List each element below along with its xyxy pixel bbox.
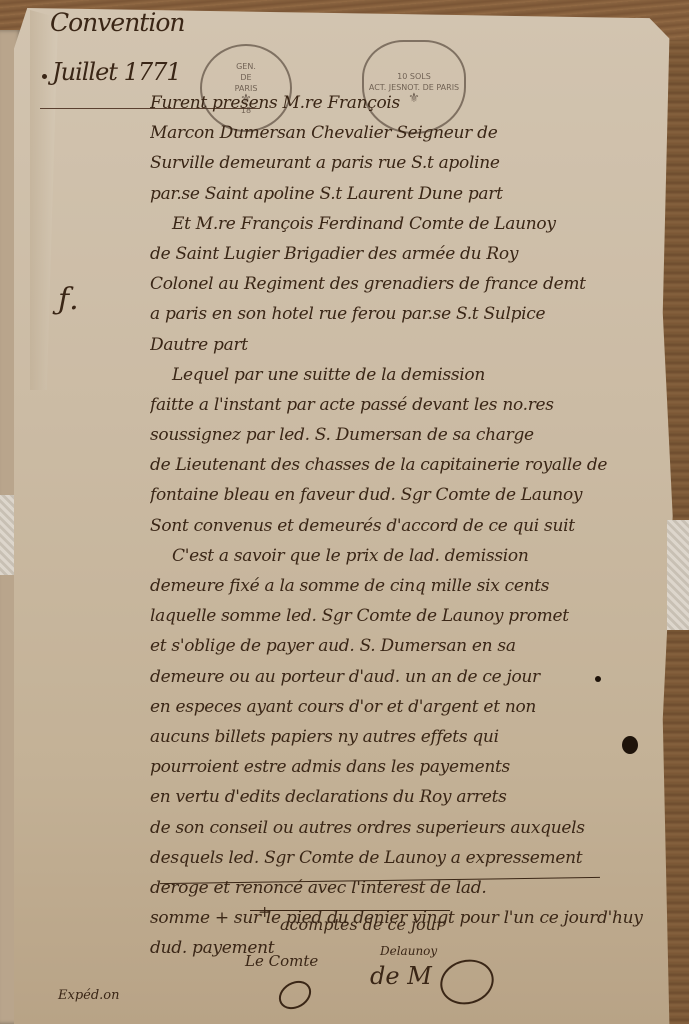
text-line: C'est a savoir que le prix de lad. demis… <box>150 541 660 571</box>
binding-ribbon-left <box>0 495 14 575</box>
ink-blot <box>622 736 638 754</box>
text-line: Marcon Dumersan Chevalier Seigneur de <box>150 118 660 148</box>
insertion-mark: + <box>258 902 271 921</box>
ink-spot <box>595 676 601 682</box>
text-line: fontaine bleau en faveur dud. Sgr Comte … <box>150 480 660 510</box>
expedition-note: Expéd.on <box>58 988 120 1003</box>
text-line: de son conseil ou autres ordres superieu… <box>150 813 660 843</box>
manuscript-body: Furent presens M.re François Marcon Dume… <box>150 88 660 963</box>
text-line: de Lieutenant des chasses de la capitain… <box>150 450 660 480</box>
binding-ribbon-right <box>667 520 689 630</box>
text-line: Furent presens M.re François <box>150 88 660 118</box>
text-line: Colonel au Regiment des grenadiers de fr… <box>150 269 660 299</box>
text-line: demeure fixé a la somme de cinq mille si… <box>150 571 660 601</box>
text-line: Sont convenus et demeurés d'accord de ce… <box>150 511 660 541</box>
text-line: en vertu d'edits declarations du Roy arr… <box>150 782 660 812</box>
stamp-line: DE <box>240 72 251 83</box>
text-line: demeure ou au porteur d'aud. un an de ce… <box>150 662 660 692</box>
text-line: et s'oblige de payer aud. S. Dumersan en… <box>150 631 660 661</box>
text-line: Et M.re François Ferdinand Comte de Laun… <box>150 209 660 239</box>
text-line: aucuns billets papiers ny autres effets … <box>150 722 660 752</box>
text-line: desquels led. Sgr Comte de Launoy a expr… <box>150 843 660 873</box>
text-line: Dautre part <box>150 330 660 360</box>
addendum-rule <box>250 910 450 911</box>
signature-title: Delaunoy <box>380 944 437 958</box>
stamp-line: 10 SOLS <box>397 71 431 82</box>
text-line: soussignez par led. S. Dumersan de sa ch… <box>150 420 660 450</box>
text-line: Lequel par une suitte de la demission <box>150 360 660 390</box>
text-line: laquelle somme led. Sgr Comte de Launoy … <box>150 601 660 631</box>
text-line: en especes ayant cours d'or et d'argent … <box>150 692 660 722</box>
marginal-addendum: acomptes de ce jour <box>280 915 444 934</box>
document-date: Juillet 1771 <box>52 58 181 86</box>
notary-signature: de M <box>370 962 432 990</box>
stamp-line: GEN. <box>236 61 256 72</box>
text-line: de Saint Lugier Brigadier des armée du R… <box>150 239 660 269</box>
margin-annotation: ƒ. <box>58 282 79 317</box>
text-line: par.se Saint apoline S.t Laurent Dune pa… <box>150 179 660 209</box>
text-line: a paris en son hotel rue ferou par.se S.… <box>150 299 660 329</box>
signature-name: Le Comte <box>245 952 318 970</box>
text-line: faitte a l'instant par acte passé devant… <box>150 390 660 420</box>
text-line: pourroient estre admis dans les payement… <box>150 752 660 782</box>
document-title: Convention <box>50 8 185 37</box>
margin-ink-dot <box>42 74 47 79</box>
text-line: Surville demeurant a paris rue S.t apoli… <box>150 148 660 178</box>
